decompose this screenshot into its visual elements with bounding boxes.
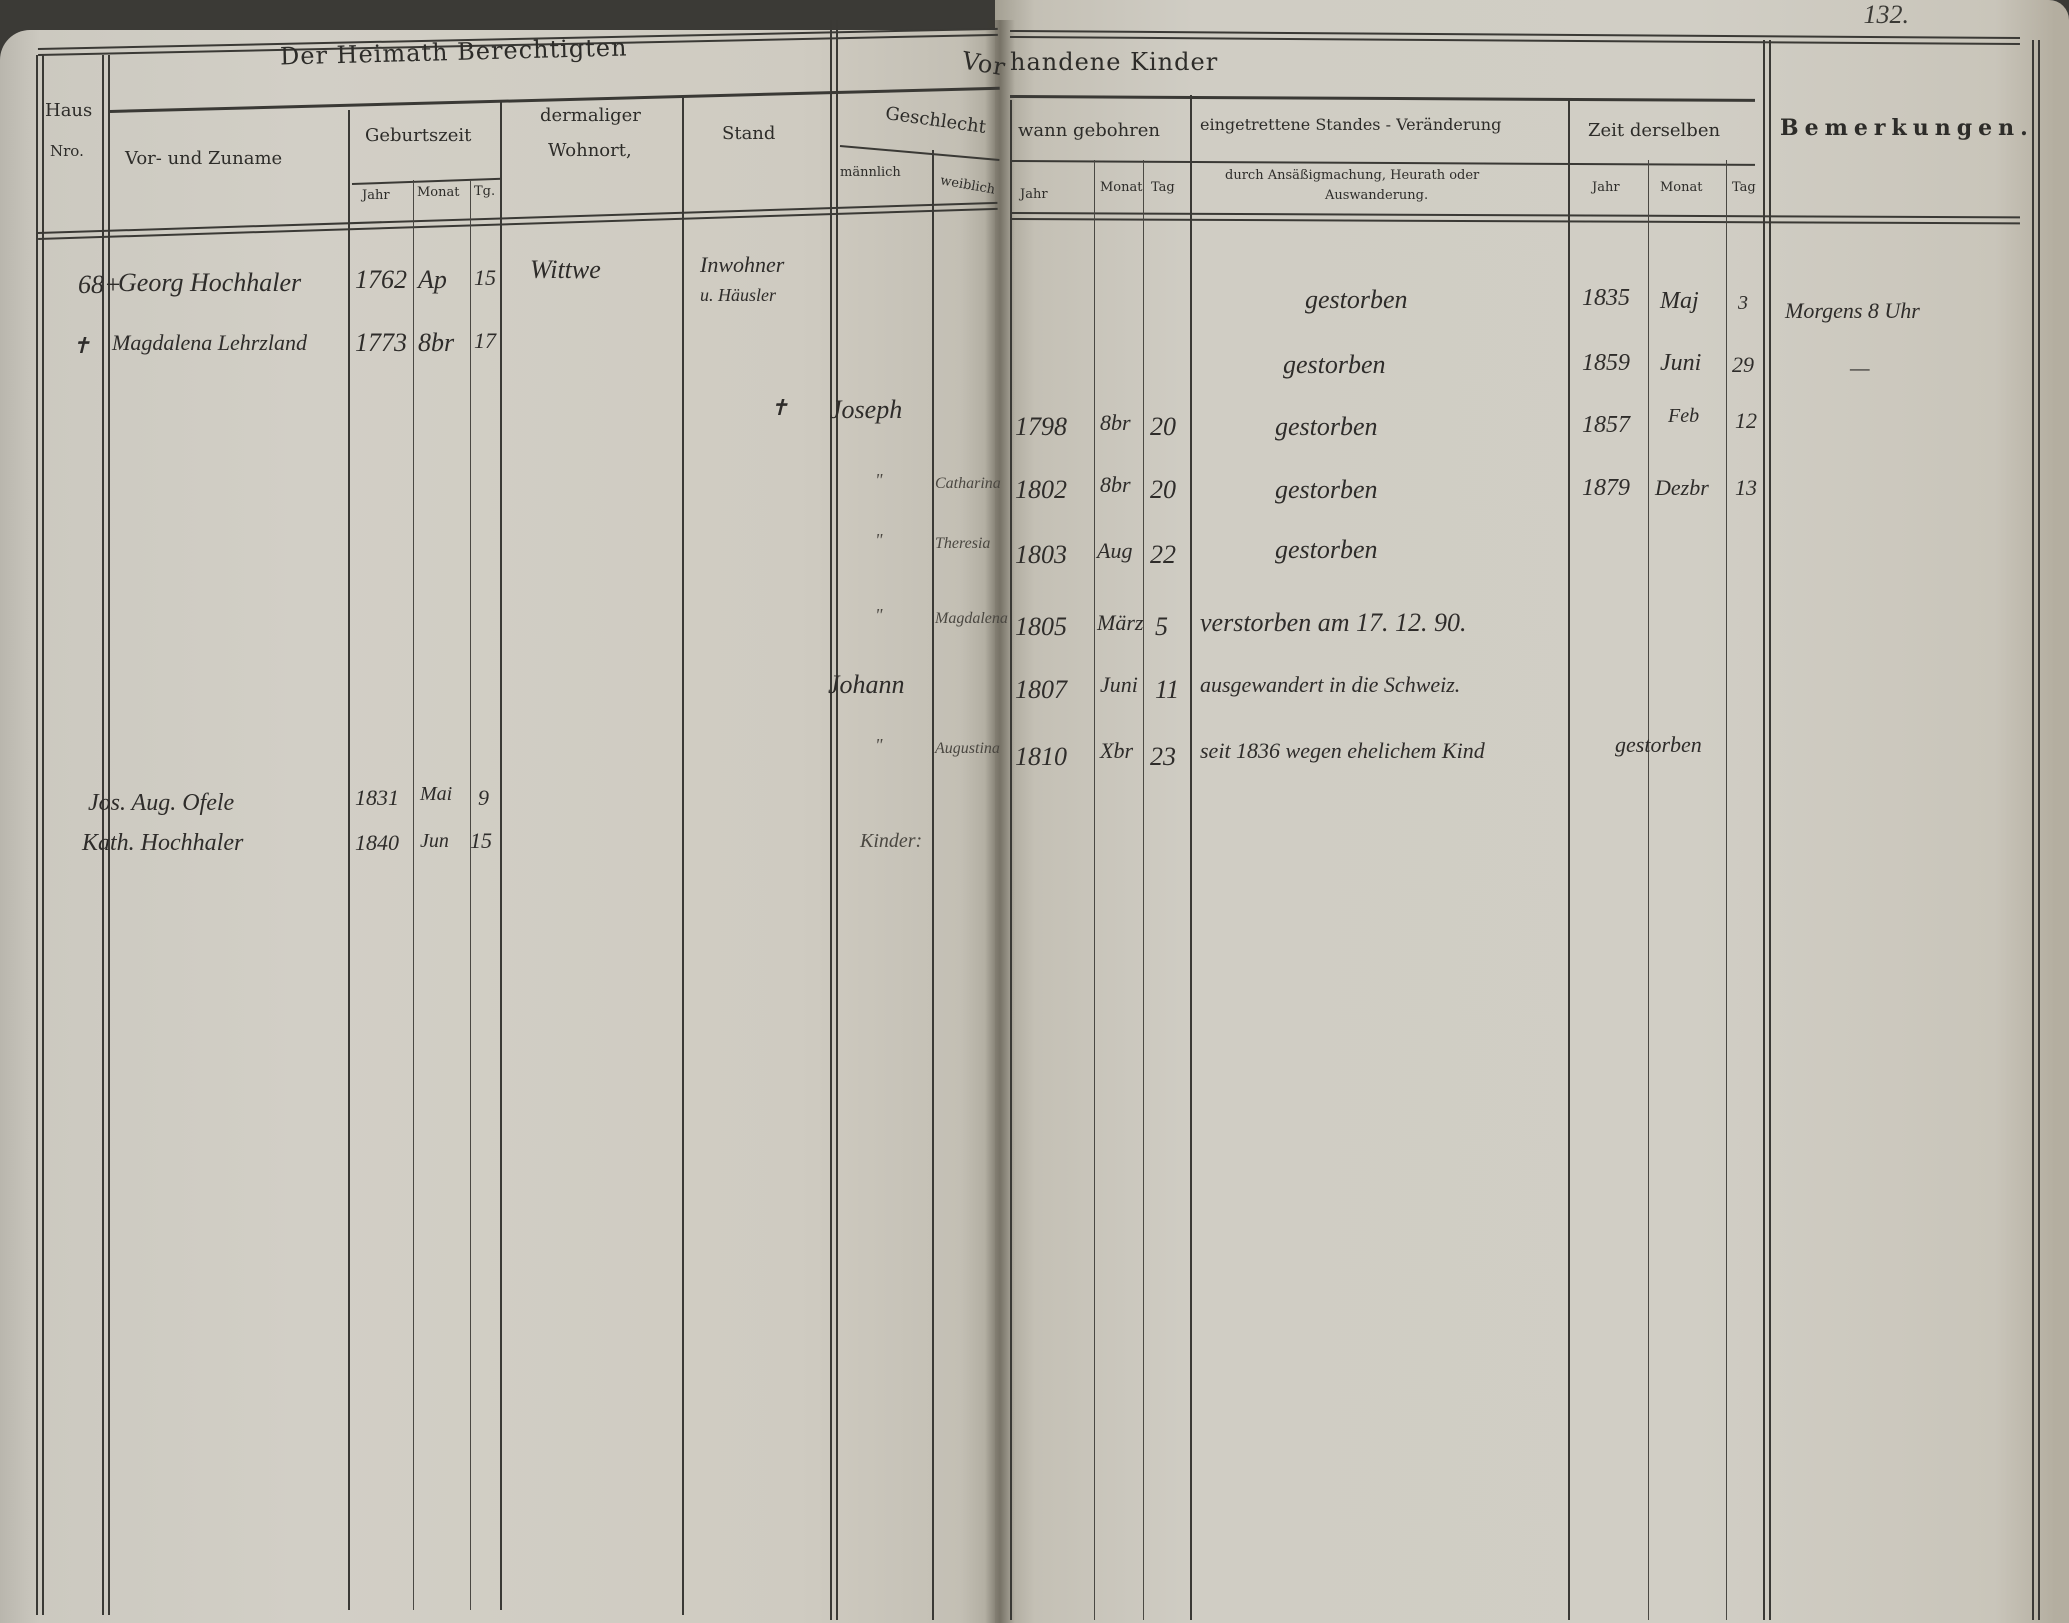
col-line [932, 150, 934, 1620]
death-mark: ✝ [72, 333, 90, 359]
child-year: 1802 [1015, 475, 1067, 505]
col-line [682, 95, 684, 1615]
later-parent-name: Kath. Hochhaler [82, 830, 243, 857]
header-zeit-monat: Monat [1660, 180, 1703, 195]
child-event-day: 13 [1735, 475, 1757, 501]
later-parent-day: 9 [478, 785, 489, 811]
header-bemerkungen: Bemerkungen. [1780, 115, 2034, 141]
child-day: 23 [1150, 742, 1176, 772]
child-male-ditto: " [875, 470, 883, 491]
header-gebz-jahr: Jahr [362, 188, 390, 203]
later-parent-year: 1840 [355, 830, 399, 856]
child-event: seit 1836 wegen ehelichem Kind [1200, 738, 1485, 764]
parent-stand: Inwohner [700, 252, 784, 278]
later-parent-year: 1831 [355, 785, 399, 811]
header-gebz-monat: Monat [417, 185, 460, 200]
parent-residence: Wittwe [530, 255, 601, 285]
col-line [1190, 95, 1192, 1620]
child-male: Joseph [830, 395, 902, 425]
col-line [830, 20, 838, 1620]
header-veraenderung: eingetrettene Standes - Veränderung [1200, 115, 1501, 134]
col-line [1143, 160, 1144, 1620]
child-day: 11 [1155, 675, 1179, 705]
event-day: 29 [1732, 352, 1754, 378]
child-event-month: Feb [1668, 405, 1699, 428]
col-line [1010, 100, 1012, 1620]
child-event: gestorben [1275, 412, 1378, 442]
header-wann-gebohren: wann gebohren [1018, 120, 1160, 141]
header-maennlich: männlich [840, 165, 901, 180]
header-geburtszeit: Geburtszeit [365, 125, 471, 146]
child-male-ditto: " [875, 735, 883, 756]
col-line [500, 100, 502, 1610]
event-year: 1859 [1582, 350, 1630, 377]
child-year: 1803 [1015, 540, 1067, 570]
parent-birth-year: 1773 [355, 328, 407, 358]
child-day: 5 [1155, 612, 1168, 642]
event-text: gestorben [1283, 350, 1386, 380]
death-mark: ✝ [770, 395, 788, 421]
child-event-day: 12 [1735, 408, 1757, 434]
child-event-month: Dezbr [1655, 475, 1709, 501]
child-month: 8br [1100, 472, 1131, 498]
parent-birth-month: Ap [418, 265, 447, 295]
child-male-ditto: " [875, 530, 883, 551]
header-zeit-jahr: Jahr [1592, 180, 1620, 195]
header-group-right: handene Kinder [1010, 48, 1218, 76]
parent-stand-2: u. Häusler [700, 285, 776, 306]
child-female: Augustina [935, 740, 1000, 758]
later-parent-name: Jos. Aug. Ofele [88, 790, 234, 817]
header-nro: Nro. [50, 142, 84, 160]
child-month: Juni [1100, 672, 1138, 698]
remark: Morgens 8 Uhr [1785, 298, 1920, 324]
event-text: gestorben [1305, 285, 1408, 315]
event-month: Maj [1660, 288, 1699, 315]
child-day: 20 [1150, 475, 1176, 505]
child-event-2: gestorben [1615, 732, 1702, 758]
child-month: 8br [1100, 410, 1131, 436]
event-year: 1835 [1582, 285, 1630, 312]
child-male-ditto: " [875, 605, 883, 626]
child-month: Xbr [1100, 738, 1133, 764]
child-year: 1798 [1015, 412, 1067, 442]
child-event: gestorben [1275, 475, 1378, 505]
header-haus: Haus [45, 100, 92, 121]
child-event: gestorben [1275, 535, 1378, 565]
remark: — [1850, 355, 1870, 381]
parent-birth-day: 15 [474, 265, 496, 291]
child-event: verstorben am 17. 12. 90. [1200, 608, 1466, 638]
header-gebz-tag: Tg. [474, 184, 495, 199]
header-kinder-jahr: Jahr [1020, 187, 1048, 202]
parent-name: Georg Hochhaler [118, 268, 301, 298]
later-parent-month: Mai [420, 783, 452, 806]
right-page [995, 0, 2069, 1623]
child-female: Catharina [935, 475, 1001, 493]
col-line [470, 180, 471, 1610]
col-line [1648, 160, 1649, 1620]
later-parent-day: 15 [470, 828, 492, 854]
header-veraenderung-sub-2: Auswanderung. [1325, 188, 1428, 203]
child-event: ausgewandert in die Schweiz. [1200, 672, 1460, 698]
header-name: Vor- und Zuname [125, 148, 282, 169]
parent-birth-year: 1762 [355, 265, 407, 295]
header-wohnort-2: Wohnort, [548, 140, 632, 161]
col-line [1094, 160, 1095, 1620]
child-event-year: 1857 [1582, 412, 1630, 439]
header-kinder-monat: Monat [1100, 180, 1143, 195]
event-month: Juni [1660, 350, 1701, 377]
child-female: Magdalena [935, 610, 1008, 628]
col-line [1763, 40, 1771, 1620]
house-number: 68+ [78, 270, 122, 300]
child-month: März [1097, 610, 1143, 636]
child-year: 1805 [1015, 612, 1067, 642]
col-line [1726, 160, 1727, 1620]
later-parent-month: Jun [420, 830, 449, 853]
parent-birth-day: 17 [474, 328, 496, 354]
header-zeit-tag: Tag [1732, 180, 1756, 195]
child-male: Johann [828, 670, 905, 700]
parent-name: Magdalena Lehrzland [112, 330, 307, 356]
child-month: Aug [1097, 538, 1132, 564]
child-year: 1807 [1015, 675, 1067, 705]
header-veraenderung-sub-1: durch Ansäßigmachung, Heurath oder [1225, 168, 1479, 183]
page-number: 132. [1864, 0, 1910, 30]
event-day: 3 [1738, 292, 1748, 315]
child-year: 1810 [1015, 742, 1067, 772]
col-line [1568, 100, 1570, 1620]
later-note: Kinder: [860, 830, 922, 853]
child-female: Theresia [935, 535, 990, 553]
child-day: 22 [1150, 540, 1176, 570]
child-day: 20 [1150, 412, 1176, 442]
header-stand: Stand [722, 123, 775, 144]
col-line [413, 180, 414, 1610]
child-event-year: 1879 [1582, 475, 1630, 502]
col-line [2032, 40, 2040, 1620]
header-kinder-tag: Tag [1151, 180, 1175, 195]
parent-birth-month: 8br [418, 328, 454, 358]
col-line [36, 55, 44, 1615]
header-wohnort-1: dermaliger [540, 105, 641, 126]
col-line [348, 110, 350, 1610]
header-zeit-derselben: Zeit derselben [1588, 120, 1720, 141]
